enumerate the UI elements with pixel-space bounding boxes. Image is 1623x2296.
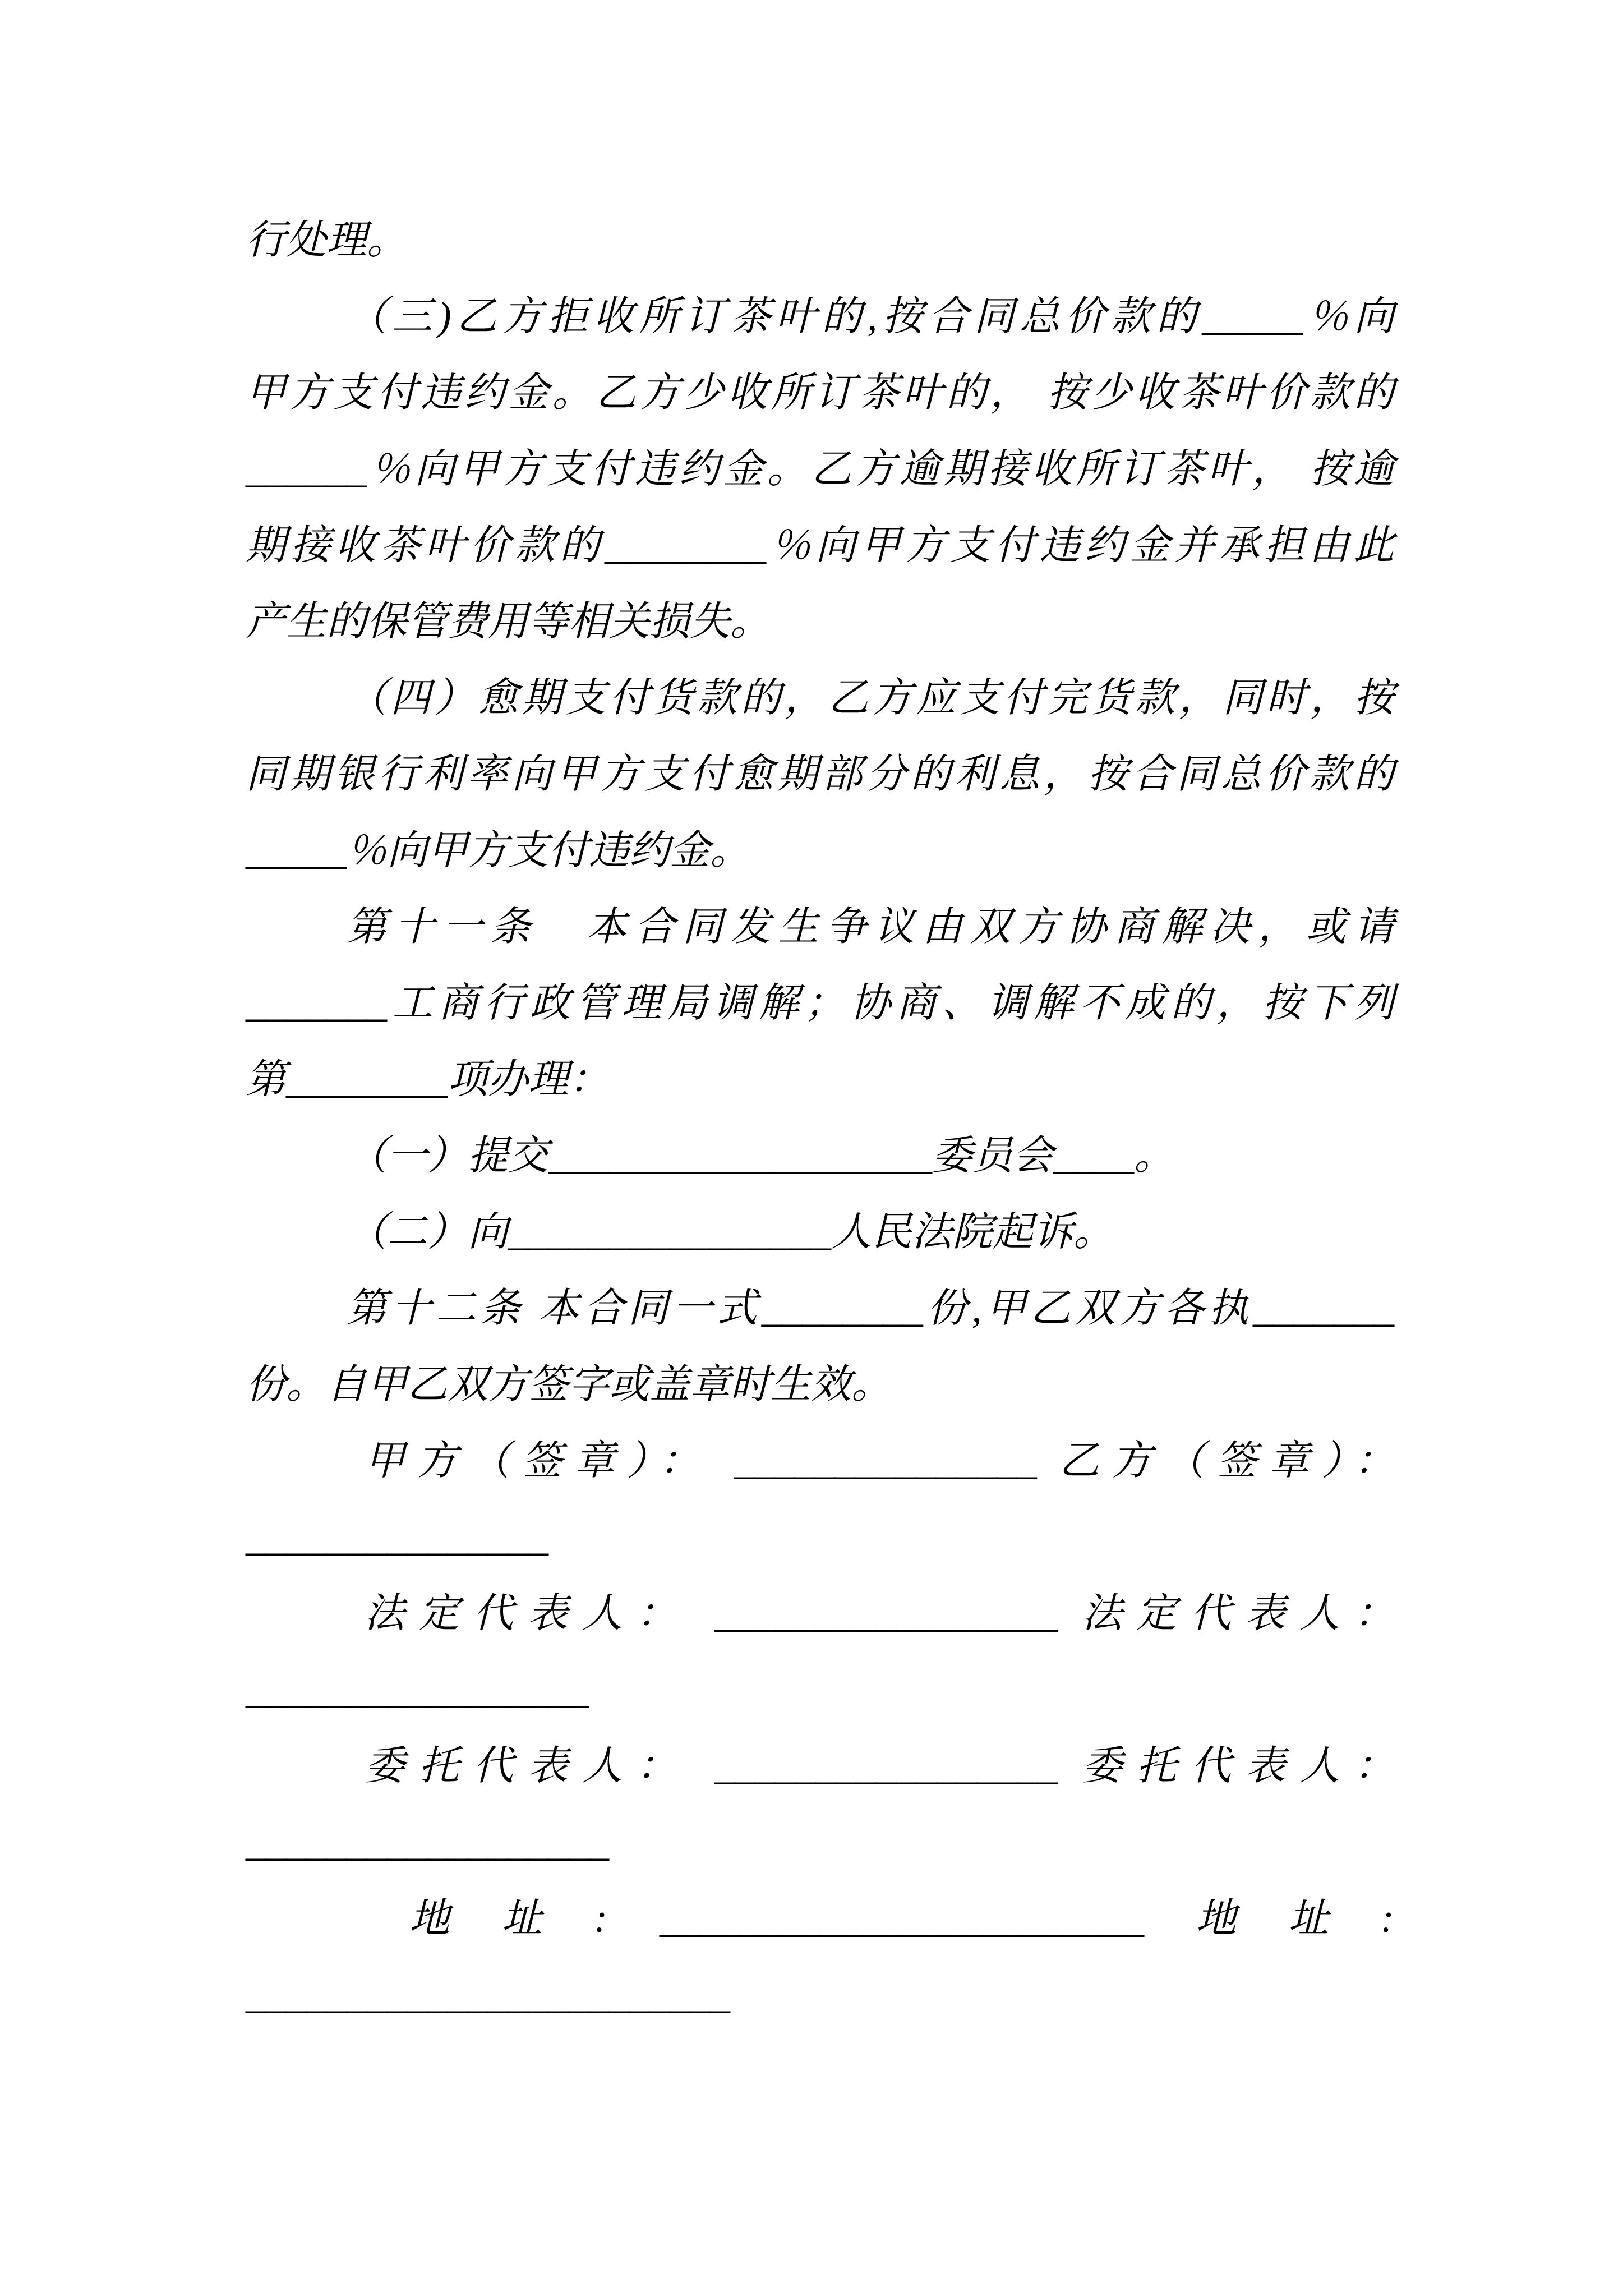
- document-line: （四）愈期支付货款的，乙方应支付完货款，同时，按: [246, 660, 1394, 736]
- document-line: 甲方支付违约金。乙方少收所订茶叶的， 按少收茶叶价款的: [246, 355, 1394, 431]
- document-line: _____％向甲方支付违约金。: [246, 812, 1394, 889]
- document-line: ______％向甲方支付违约金。乙方逾期接收所订茶叶， 按逾: [246, 431, 1394, 507]
- signature-blank-line: _________________: [246, 1651, 1394, 1728]
- address-line: 地 址 : ________________________ 地 址 :: [246, 1880, 1394, 1957]
- document-line: 同期银行利率向甲方支付愈期部分的利息，按合同总价款的: [246, 736, 1394, 812]
- document-line: 期接收茶叶价款的________％向甲方支付违约金并承担由此: [246, 507, 1394, 583]
- document-line: 第十二条 本合同一式________份,甲乙双方各执_______: [246, 1270, 1394, 1346]
- entrusted-representative-line: 委托代表人： _________________ 委托代表人：: [246, 1728, 1394, 1804]
- document-line: _______工商行政管理局调解；协商、调解不成的，按下列: [246, 965, 1394, 1041]
- legal-representative-line: 法定代表人： _________________ 法定代表人：: [246, 1575, 1394, 1651]
- document-line: （三)乙方拒收所订茶叶的,按合同总价款的_____％向: [246, 278, 1394, 355]
- signature-blank-line: _______________: [246, 1499, 1394, 1575]
- document-line: 第________项办理：: [246, 1041, 1394, 1117]
- document-line: 产生的保管费用等相关损失。: [246, 583, 1394, 660]
- document-line: 份。自甲乙双方签字或盖章时生效。: [246, 1346, 1394, 1423]
- document-line: （一）提交___________________委员会____。: [246, 1117, 1394, 1194]
- signature-blank-line: __________________: [246, 1804, 1394, 1880]
- document-line: 行处理。: [246, 202, 1394, 278]
- signature-line-party-a-b: 甲方（签章）： _______________ 乙方（签章）：: [246, 1423, 1394, 1499]
- document-line: 第十一条 本合同发生争议由双方协商解决，或请: [246, 889, 1394, 965]
- address-blank-line: ________________________: [246, 1957, 1394, 2033]
- contract-document-page: 行处理。 （三)乙方拒收所订茶叶的,按合同总价款的_____％向 甲方支付违约金…: [0, 0, 1623, 2296]
- document-line: （二）向________________人民法院起诉。: [246, 1194, 1394, 1270]
